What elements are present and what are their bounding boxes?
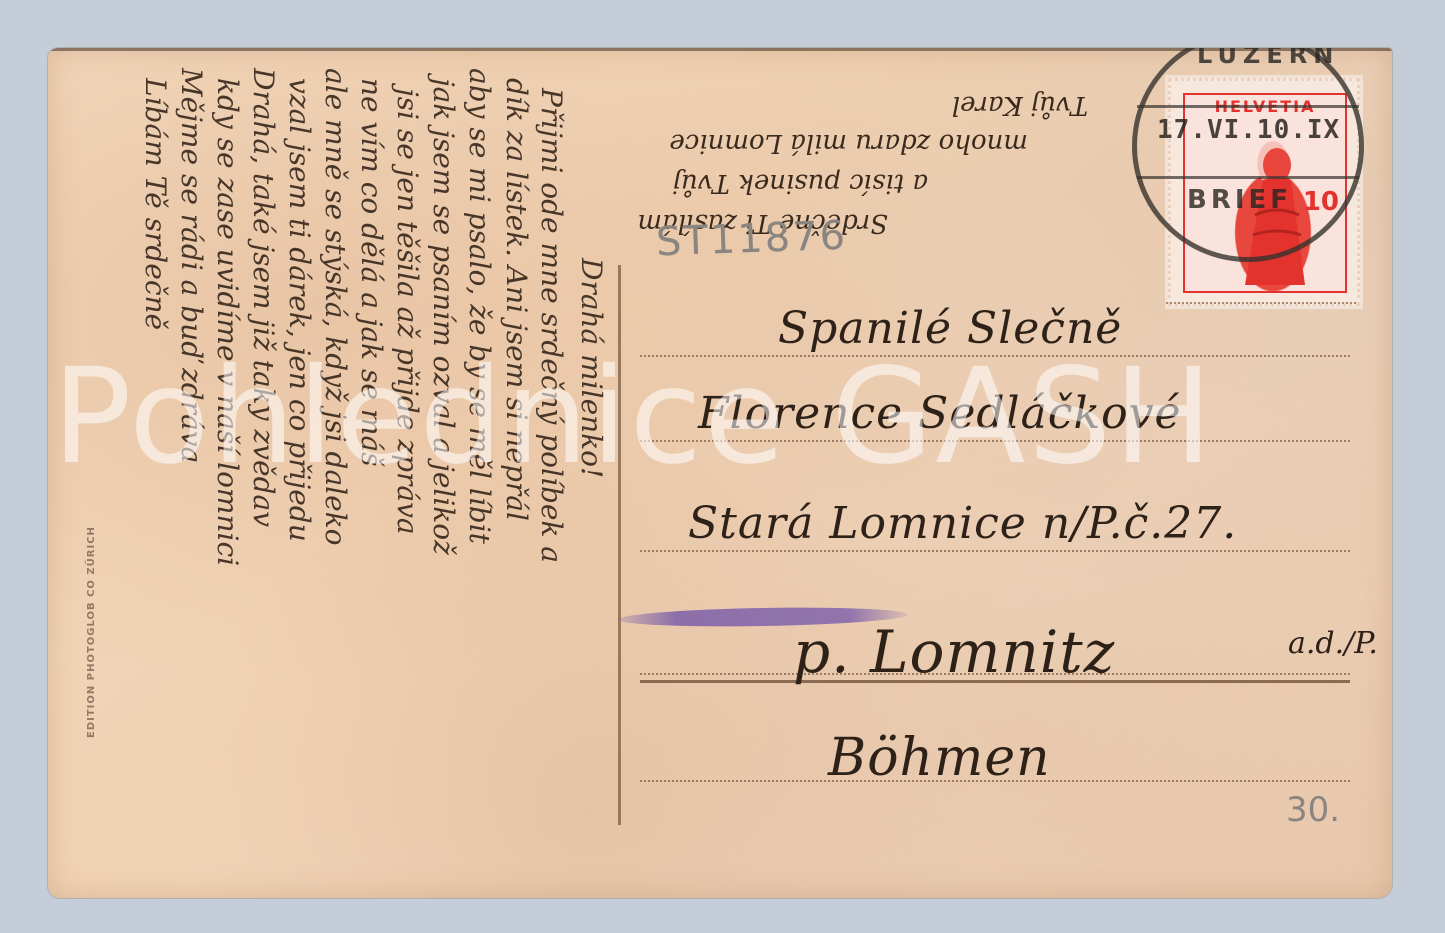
card-divider-line bbox=[618, 265, 621, 825]
address-recipient-title: Spanilé Slečně bbox=[778, 303, 1122, 354]
address-city-suffix: a.d./P. bbox=[1288, 626, 1378, 661]
postmark-city: LUZERN bbox=[1197, 48, 1339, 69]
address-line-rule bbox=[640, 550, 1350, 552]
inventory-code: ST11876 bbox=[655, 213, 848, 266]
address-line-rule bbox=[640, 440, 1350, 442]
note-line: a tisíc pusinek Tvůj bbox=[673, 168, 928, 198]
message-line: Přijmi ode mne srdečný políbek a bbox=[535, 88, 568, 563]
address-city: p. Lomnitz bbox=[793, 618, 1115, 686]
price-mark: 30. bbox=[1286, 790, 1340, 830]
address-street: Stará Lomnice n/P.č.27. bbox=[688, 498, 1237, 549]
postmark-date: 17.VI.10.IX bbox=[1157, 115, 1340, 145]
message-line: aby se mi psalo, že by se měl líbit bbox=[463, 68, 496, 544]
address-country: Böhmen bbox=[828, 728, 1051, 788]
address-city-prefix: p. bbox=[793, 618, 851, 686]
message-line: jsi se jen těšila až přijde zpráva bbox=[391, 88, 424, 535]
message-line: Drahá, také jsem již taky zvědav bbox=[247, 68, 280, 527]
message-line: Drahá milenko! bbox=[575, 258, 608, 478]
postcard-back: Drahá milenko! Přijmi ode mne srdečný po… bbox=[48, 48, 1392, 898]
address-recipient-name: Florence Sedláčkové bbox=[698, 388, 1182, 439]
message-line: dík za lístek. Ani jsem si nepřál bbox=[500, 78, 533, 521]
message-line: vzal jsem ti dárek, jen co přijedu bbox=[283, 78, 316, 542]
address-city-name: Lomnitz bbox=[870, 618, 1115, 686]
stamp-box-line bbox=[1166, 302, 1356, 304]
message-line: jak jsem se psaním ozval a jelikož bbox=[427, 78, 460, 555]
note-line: mnoho zdaru milá Lomnice bbox=[669, 128, 1028, 158]
message-line: ale mně se stýská, když jsi daleko bbox=[319, 68, 352, 546]
message-line: Mějme se rádi a buď zdráva bbox=[175, 68, 208, 463]
message-line: Líbám Tě srdečně bbox=[139, 78, 172, 330]
message-line: ne vím co dělá a jak se máš bbox=[355, 78, 388, 467]
publisher-imprint: EDITION PHOTOGLOB CO ZÜRICH bbox=[86, 526, 97, 738]
note-line: Tvůj Karel bbox=[952, 90, 1088, 120]
postmark-bottom-text: BRIEF bbox=[1187, 185, 1292, 215]
address-line-rule bbox=[640, 355, 1350, 357]
message-line: kdy se zase uvidíme v naší lomnici bbox=[211, 78, 244, 566]
